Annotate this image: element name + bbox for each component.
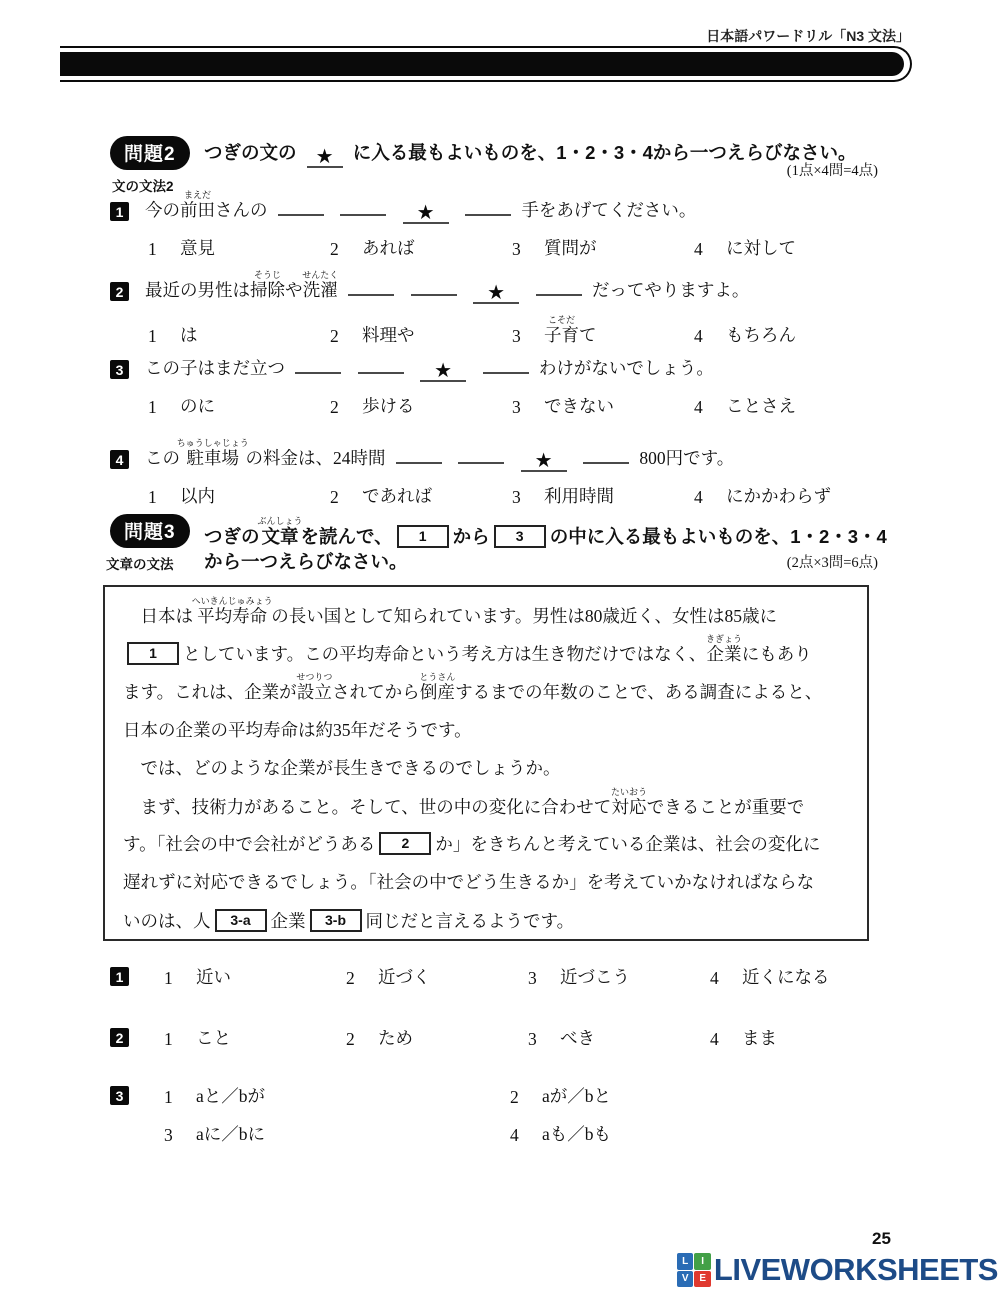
p3-question-3: 3 1aと／bが 2aが／bと 3aに／bに 4aも／bも bbox=[110, 1083, 910, 1146]
option-choice[interactable]: 4近くになる bbox=[710, 964, 830, 989]
option-choice[interactable]: 1こと bbox=[164, 1025, 346, 1050]
options-grid: 1aと／bが 2aが／bと 3aに／bに 4aも／bも bbox=[164, 1083, 904, 1146]
option-number: 2 bbox=[346, 1029, 378, 1050]
option-number: 3 bbox=[528, 968, 560, 989]
option-number: 3 bbox=[164, 1125, 196, 1146]
option-choice[interactable]: 3子育こそだて bbox=[512, 315, 694, 347]
option-number: 4 bbox=[710, 1029, 742, 1050]
option-choice[interactable]: 2近づく bbox=[346, 964, 528, 989]
option-number: 3 bbox=[512, 239, 544, 260]
option-choice[interactable]: 4に対して bbox=[694, 235, 796, 260]
option-number: 3 bbox=[528, 1029, 560, 1050]
page-number: 25 bbox=[872, 1229, 891, 1249]
option-choice[interactable]: 2ため bbox=[346, 1025, 528, 1050]
option-choice[interactable]: 2aが／bと bbox=[510, 1083, 856, 1108]
passage-line: す。「社会の中で会社がどうある2か」をきちんと考えている企業は、社会の変化に bbox=[123, 825, 853, 863]
problem2-points: (1点×4問=4点) bbox=[787, 159, 878, 180]
option-number: 3 bbox=[512, 487, 544, 508]
option-number: 1 bbox=[164, 1029, 196, 1050]
option-choice[interactable]: 1aと／bが bbox=[164, 1083, 510, 1108]
problem2-badge: 問題2 bbox=[110, 136, 190, 170]
option-text: ため bbox=[378, 1025, 413, 1050]
option-text: 近づこう bbox=[560, 964, 630, 989]
passage-line: いのは、人3-a企業3-b同じだと言えるようです。 bbox=[123, 902, 853, 940]
option-number: 3 bbox=[512, 397, 544, 418]
option-choice[interactable]: 2歩ける bbox=[330, 393, 512, 418]
p2-question-3: 3 この子はまだ立つ ★ わけがないでしょう。 1のに 2歩ける 3できない 4… bbox=[110, 356, 910, 418]
option-number: 2 bbox=[346, 968, 378, 989]
question-stem: この子はまだ立つ ★ わけがないでしょう。 bbox=[145, 356, 714, 382]
reading-passage: 日本は平均寿命へいきんじゅみょうの長い国として知られています。男性は80歳近く、… bbox=[103, 585, 869, 941]
option-choice[interactable]: 3近づこう bbox=[528, 964, 710, 989]
options-row: 1は 2料理や 3子育こそだて 4もちろん bbox=[148, 315, 910, 347]
p3-question-1: 1 1近い 2近づく 3近づこう 4近くになる bbox=[110, 964, 910, 989]
option-choice[interactable]: 4aも／bも bbox=[510, 1121, 856, 1146]
option-text: にかかわらず bbox=[726, 483, 831, 508]
option-text: 歩ける bbox=[362, 393, 415, 418]
options-row: 1こと 2ため 3べき 4まま bbox=[164, 1025, 777, 1050]
question-stem: この駐車場ちゅうしゃじょうの料金は、24時間 ★ 800円です。 bbox=[145, 438, 734, 472]
passage-line: では、どのような企業が長生きできるのでしょうか。 bbox=[123, 749, 853, 787]
option-choice[interactable]: 1は bbox=[148, 315, 330, 347]
option-text: 以内 bbox=[180, 483, 215, 508]
p2-question-4: 4 この駐車場ちゅうしゃじょうの料金は、24時間 ★ 800円です。 1以内 2… bbox=[110, 438, 910, 508]
option-number: 2 bbox=[510, 1087, 542, 1108]
option-number: 4 bbox=[510, 1125, 542, 1146]
option-choice[interactable]: 4にかかわらず bbox=[694, 483, 831, 508]
option-text: もちろん bbox=[726, 322, 796, 347]
header-bar bbox=[60, 52, 904, 76]
option-text: は bbox=[180, 322, 198, 347]
option-number: 1 bbox=[164, 1087, 196, 1108]
option-text: あれば bbox=[362, 235, 415, 260]
options-row: 1のに 2歩ける 3できない 4ことさえ bbox=[148, 393, 910, 418]
option-text: aが／bと bbox=[542, 1083, 611, 1108]
options-row: 1近い 2近づく 3近づこう 4近くになる bbox=[164, 964, 830, 989]
logo-square-i: I bbox=[694, 1253, 711, 1270]
option-choice[interactable]: 3aに／bに bbox=[164, 1121, 510, 1146]
option-text: ことさえ bbox=[726, 393, 796, 418]
option-number: 2 bbox=[330, 326, 362, 347]
option-choice[interactable]: 4ことさえ bbox=[694, 393, 796, 418]
option-text: できない bbox=[544, 393, 614, 418]
option-choice[interactable]: 1近い bbox=[164, 964, 346, 989]
option-number: 3 bbox=[512, 326, 544, 347]
problem3-instruction-line1: つぎの文章ぶんしょうを読んで、1から3の中に入る最もよいものを、1・2・3・4 bbox=[204, 516, 904, 548]
passage-line: 日本の企業の平均寿命は約35年だそうです。 bbox=[123, 711, 853, 749]
question-number-badge: 2 bbox=[110, 1028, 129, 1047]
option-number: 1 bbox=[148, 326, 180, 347]
option-text: 近い bbox=[196, 964, 231, 989]
option-choice[interactable]: 4もちろん bbox=[694, 315, 796, 347]
logo-square-v: V bbox=[677, 1271, 694, 1288]
passage-line: 遅れずに対応できるでしょう。「社会の中でどう生きるか」を考えていかなければならな bbox=[123, 863, 853, 901]
option-number: 1 bbox=[164, 968, 196, 989]
option-choice[interactable]: 1のに bbox=[148, 393, 330, 418]
problem3-badge: 問題3 bbox=[110, 514, 190, 548]
option-number: 4 bbox=[710, 968, 742, 989]
option-text: 利用時間 bbox=[544, 483, 614, 508]
option-text: べき bbox=[560, 1025, 595, 1050]
option-text: であれば bbox=[362, 483, 432, 508]
liveworksheets-logo[interactable]: L I V E LIVEWORKSHEETS bbox=[677, 1252, 998, 1288]
option-number: 4 bbox=[694, 239, 726, 260]
option-text: 意見 bbox=[180, 235, 215, 260]
option-number: 4 bbox=[694, 487, 726, 508]
option-choice[interactable]: 2料理や bbox=[330, 315, 512, 347]
question-stem: 最近の男性は掃除そうじや洗濯せんたく ★ だってやりますよ。 bbox=[145, 270, 749, 304]
passage-line: ます。これは、企業が設立せつりつされてから倒産とうさんするまでの年数のことで、あ… bbox=[123, 672, 853, 710]
option-number: 2 bbox=[330, 397, 362, 418]
option-choice[interactable]: 3質問が bbox=[512, 235, 694, 260]
p3-question-2: 2 1こと 2ため 3べき 4まま bbox=[110, 1025, 910, 1050]
question-stem: 今の前田まえださんの ★ 手をあげてください。 bbox=[145, 190, 696, 224]
question-number-badge: 4 bbox=[110, 450, 129, 469]
option-choice[interactable]: 4まま bbox=[710, 1025, 777, 1050]
option-text: 近くになる bbox=[742, 964, 830, 989]
option-number: 1 bbox=[148, 397, 180, 418]
p2-question-2: 2 最近の男性は掃除そうじや洗濯せんたく ★ だってやりますよ。 1は 2料理や… bbox=[110, 270, 910, 347]
option-text: に対して bbox=[726, 235, 796, 260]
option-choice[interactable]: 1意見 bbox=[148, 235, 330, 260]
passage-line: 1としています。この平均寿命という考え方は生き物だけではなく、企業きぎょうにもあ… bbox=[123, 634, 853, 672]
question-number-badge: 3 bbox=[110, 1086, 129, 1105]
option-text: aに／bに bbox=[196, 1121, 265, 1146]
option-text: aと／bが bbox=[196, 1083, 265, 1108]
liveworksheets-logo-text: LIVEWORKSHEETS bbox=[714, 1252, 998, 1288]
option-choice[interactable]: 3できない bbox=[512, 393, 694, 418]
problem3-instruction-line2: から一つえらびなさい。 bbox=[204, 550, 704, 573]
option-choice[interactable]: 3利用時間 bbox=[512, 483, 694, 508]
option-number: 1 bbox=[148, 239, 180, 260]
option-number: 4 bbox=[694, 397, 726, 418]
option-text: のに bbox=[180, 393, 215, 418]
option-text: こと bbox=[196, 1025, 231, 1050]
passage-line: まず、技術力があること。そして、世の中の変化に合わせて対応たいおうできることが重… bbox=[123, 787, 853, 825]
question-number-badge: 1 bbox=[110, 967, 129, 986]
option-text: 近づく bbox=[378, 964, 431, 989]
option-text: まま bbox=[742, 1025, 777, 1050]
book-title: 日本語パワードリル「N3 文法」 bbox=[706, 26, 910, 46]
liveworksheets-logo-icon: L I V E bbox=[677, 1253, 711, 1287]
option-text: 質問が bbox=[544, 235, 597, 260]
option-choice[interactable]: 3べき bbox=[528, 1025, 710, 1050]
question-number-badge: 1 bbox=[110, 202, 129, 221]
logo-square-e: E bbox=[694, 1271, 711, 1288]
option-number: 2 bbox=[330, 239, 362, 260]
problem3-points: (2点×3問=6点) bbox=[787, 551, 878, 572]
problem3-sublabel: 文章の文法 bbox=[106, 553, 174, 573]
option-number: 4 bbox=[694, 326, 726, 347]
option-number: 1 bbox=[148, 487, 180, 508]
p2-question-1: 1 今の前田まえださんの ★ 手をあげてください。 1意見 2あれば 3質問が … bbox=[110, 190, 910, 260]
option-text: aも／bも bbox=[542, 1121, 611, 1146]
option-choice[interactable]: 1以内 bbox=[148, 483, 330, 508]
options-row: 1意見 2あれば 3質問が 4に対して bbox=[148, 235, 910, 260]
passage-line: 日本は平均寿命へいきんじゅみょうの長い国として知られています。男性は80歳近く、… bbox=[123, 596, 853, 634]
option-text: 子育こそだて bbox=[544, 315, 597, 347]
option-text: 料理や bbox=[362, 322, 415, 347]
option-choice[interactable]: 2であれば bbox=[330, 483, 512, 508]
question-number-badge: 3 bbox=[110, 360, 129, 379]
question-number-badge: 2 bbox=[110, 282, 129, 301]
options-row: 1以内 2であれば 3利用時間 4にかかわらず bbox=[148, 483, 910, 508]
logo-square-l: L bbox=[677, 1253, 694, 1270]
option-choice[interactable]: 2あれば bbox=[330, 235, 512, 260]
option-number: 2 bbox=[330, 487, 362, 508]
